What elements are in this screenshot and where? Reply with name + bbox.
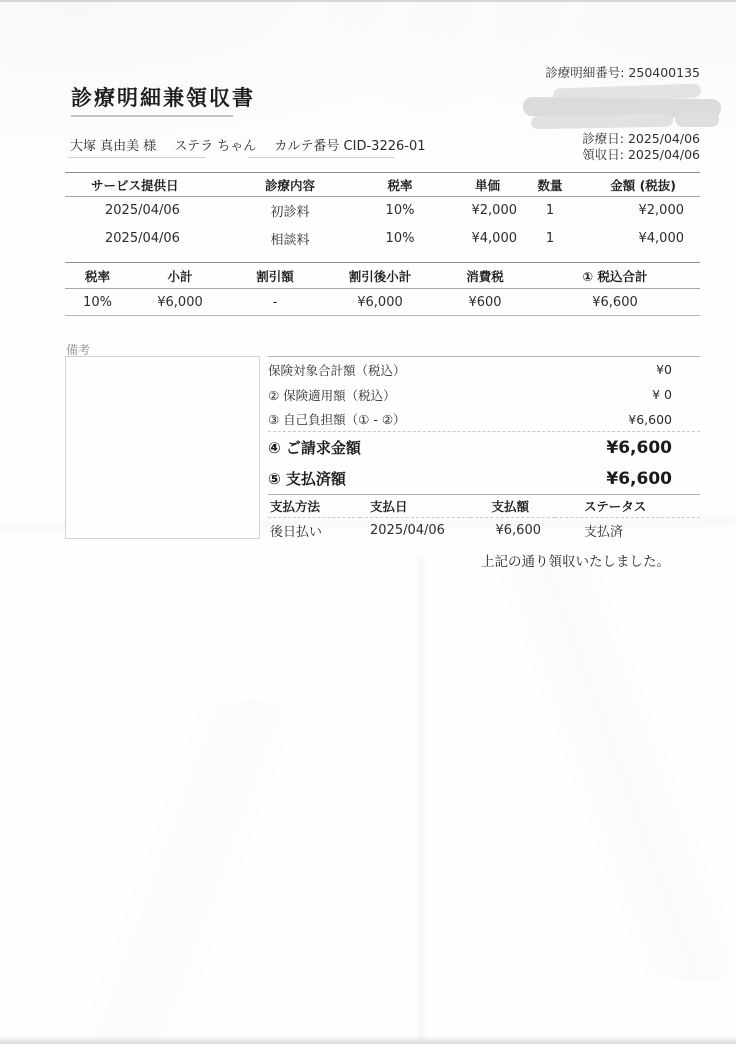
- cell-treatment: 初診料: [230, 197, 350, 225]
- col-discount: 割引額: [230, 263, 320, 289]
- notes-box: [65, 356, 260, 539]
- totals-table: 税率 小計 割引額 割引後小計 消費税 ① 税込合計 10% ¥6,000 - …: [65, 262, 700, 316]
- summary-row-billed-amount: ④ ご請求金額 ¥6,600: [268, 432, 700, 463]
- paper-crease-vertical: [414, 555, 428, 1040]
- cell-payment-method: 後日払い: [268, 518, 360, 543]
- chart-number: カルテ番号 CID-3226-01: [274, 139, 425, 154]
- cell-total-with-tax: ¥6,600: [530, 289, 700, 316]
- summary-label: 保険対象合計額（税込）: [268, 361, 406, 379]
- table-row: 10% ¥6,000 - ¥6,000 ¥600 ¥6,600: [65, 289, 700, 316]
- cell-payment-date: 2025/04/06: [360, 518, 470, 543]
- table-row: 2025/04/06 初診料 10% ¥2,000 1 ¥2,000: [65, 197, 700, 225]
- scanned-receipt-page: 診療明細番号: 250400135 診療明細兼領収書 大塚 真由美 様 ステラ …: [0, 0, 736, 1044]
- col-tax-rate: 税率: [350, 173, 450, 197]
- cell-quantity: 1: [525, 197, 575, 225]
- redacted-clinic-info: [523, 86, 721, 132]
- paper-crease-streak: [470, 560, 730, 980]
- summary-row-paid-amount: ⑤ 支払済額 ¥6,600: [268, 463, 700, 494]
- cell-subtotal: ¥6,000: [130, 289, 230, 316]
- col-payment-method: 支払方法: [268, 495, 360, 518]
- summary-value: ¥6,600: [606, 438, 700, 458]
- cell-unit-price: ¥2,000: [450, 197, 525, 225]
- col-subtotal-after-discount: 割引後小計: [320, 263, 440, 289]
- page-title: 診療明細兼領収書: [71, 82, 255, 112]
- col-total-with-tax: ① 税込合計: [530, 263, 700, 289]
- col-payment-status: ステータス: [555, 495, 700, 518]
- cell-subtotal-after-discount: ¥6,000: [320, 289, 440, 316]
- patient-underline: [68, 157, 206, 158]
- cell-payment-amount: ¥6,600: [470, 518, 555, 543]
- services-table: サービス提供日 診療内容 税率 単価 数量 金額 (税抜) 2025/04/06…: [65, 172, 700, 253]
- summary-row-insurance-applied: ② 保険適用額（税込） ¥ 0: [268, 382, 700, 407]
- cell-payment-status: 支払済: [555, 518, 700, 543]
- received-note: 上記の通り領収いたしました。: [268, 550, 700, 570]
- patient-info-line: 大塚 真由美 様 ステラ ちゃん カルテ番号 CID-3226-01: [70, 135, 439, 154]
- table-row: 後日払い 2025/04/06 ¥6,600 支払済: [268, 518, 700, 543]
- scan-top-edge: [0, 0, 736, 2]
- cell-discount: -: [230, 289, 320, 316]
- payment-table: 支払方法 支払日 支払額 ステータス 後日払い 2025/04/06 ¥6,60…: [268, 494, 700, 543]
- summary-label: ④ ご請求金額: [268, 437, 361, 458]
- cell-consumption-tax: ¥600: [440, 289, 530, 316]
- receipt-date: 領収日: 2025/04/06: [582, 147, 700, 163]
- summary-label: ⑤ 支払済額: [268, 468, 346, 489]
- receipt-number: 診療明細番号: 250400135: [545, 63, 700, 81]
- redaction-smudge: [675, 112, 719, 127]
- col-consumption-tax: 消費税: [440, 263, 530, 289]
- col-service-date: サービス提供日: [65, 173, 230, 197]
- services-header-row: サービス提供日 診療内容 税率 単価 数量 金額 (税抜): [65, 173, 700, 197]
- col-amount: 金額 (税抜): [575, 173, 700, 197]
- cell-tax-rate: 10%: [350, 197, 450, 225]
- summary-row-insurance-target: 保険対象合計額（税込） ¥0: [268, 357, 700, 382]
- col-subtotal: 小計: [130, 263, 230, 289]
- cell-service-date: 2025/04/06: [65, 225, 230, 253]
- cell-amount: ¥4,000: [575, 225, 700, 253]
- title-underline: [71, 115, 233, 117]
- summary-value: ¥0: [656, 362, 700, 377]
- billing-summary: 保険対象合計額（税込） ¥0 ② 保険適用額（税込） ¥ 0 ③ 自己負担額（①…: [268, 356, 700, 570]
- summary-label: ② 保険適用額（税込）: [268, 386, 396, 404]
- summary-label: ③ 自己負担額（① - ②）: [268, 410, 406, 428]
- date-block: 診療日: 2025/04/06 領収日: 2025/04/06: [582, 131, 700, 163]
- table-row: 2025/04/06 相談料 10% ¥4,000 1 ¥4,000: [65, 225, 700, 253]
- patient-underline: [248, 157, 394, 158]
- cell-unit-price: ¥4,000: [450, 225, 525, 253]
- pet-name: ステラ ちゃん: [174, 139, 256, 154]
- redaction-smudge: [531, 114, 673, 129]
- cell-tax-rate: 10%: [65, 289, 130, 316]
- cell-treatment: 相談料: [230, 225, 350, 253]
- summary-value: ¥6,600: [628, 412, 700, 427]
- col-payment-date: 支払日: [360, 495, 470, 518]
- treatment-date: 診療日: 2025/04/06: [582, 131, 700, 147]
- totals-header-row: 税率 小計 割引額 割引後小計 消費税 ① 税込合計: [65, 263, 700, 289]
- col-quantity: 数量: [525, 173, 575, 197]
- scan-bottom-edge: [0, 1036, 736, 1044]
- cell-service-date: 2025/04/06: [65, 197, 230, 225]
- col-unit-price: 単価: [450, 173, 525, 197]
- paper-crease-streak: [40, 700, 340, 1040]
- summary-value: ¥6,600: [606, 469, 700, 489]
- payment-header-row: 支払方法 支払日 支払額 ステータス: [268, 495, 700, 518]
- col-payment-amount: 支払額: [470, 495, 555, 518]
- summary-value: ¥ 0: [652, 387, 700, 402]
- cell-tax-rate: 10%: [350, 225, 450, 253]
- cell-quantity: 1: [525, 225, 575, 253]
- summary-row-self-pay: ③ 自己負担額（① - ②） ¥6,600: [268, 407, 700, 432]
- col-treatment: 診療内容: [230, 173, 350, 197]
- col-tax-rate: 税率: [65, 263, 130, 289]
- owner-name: 大塚 真由美 様: [70, 139, 156, 154]
- cell-amount: ¥2,000: [575, 197, 700, 225]
